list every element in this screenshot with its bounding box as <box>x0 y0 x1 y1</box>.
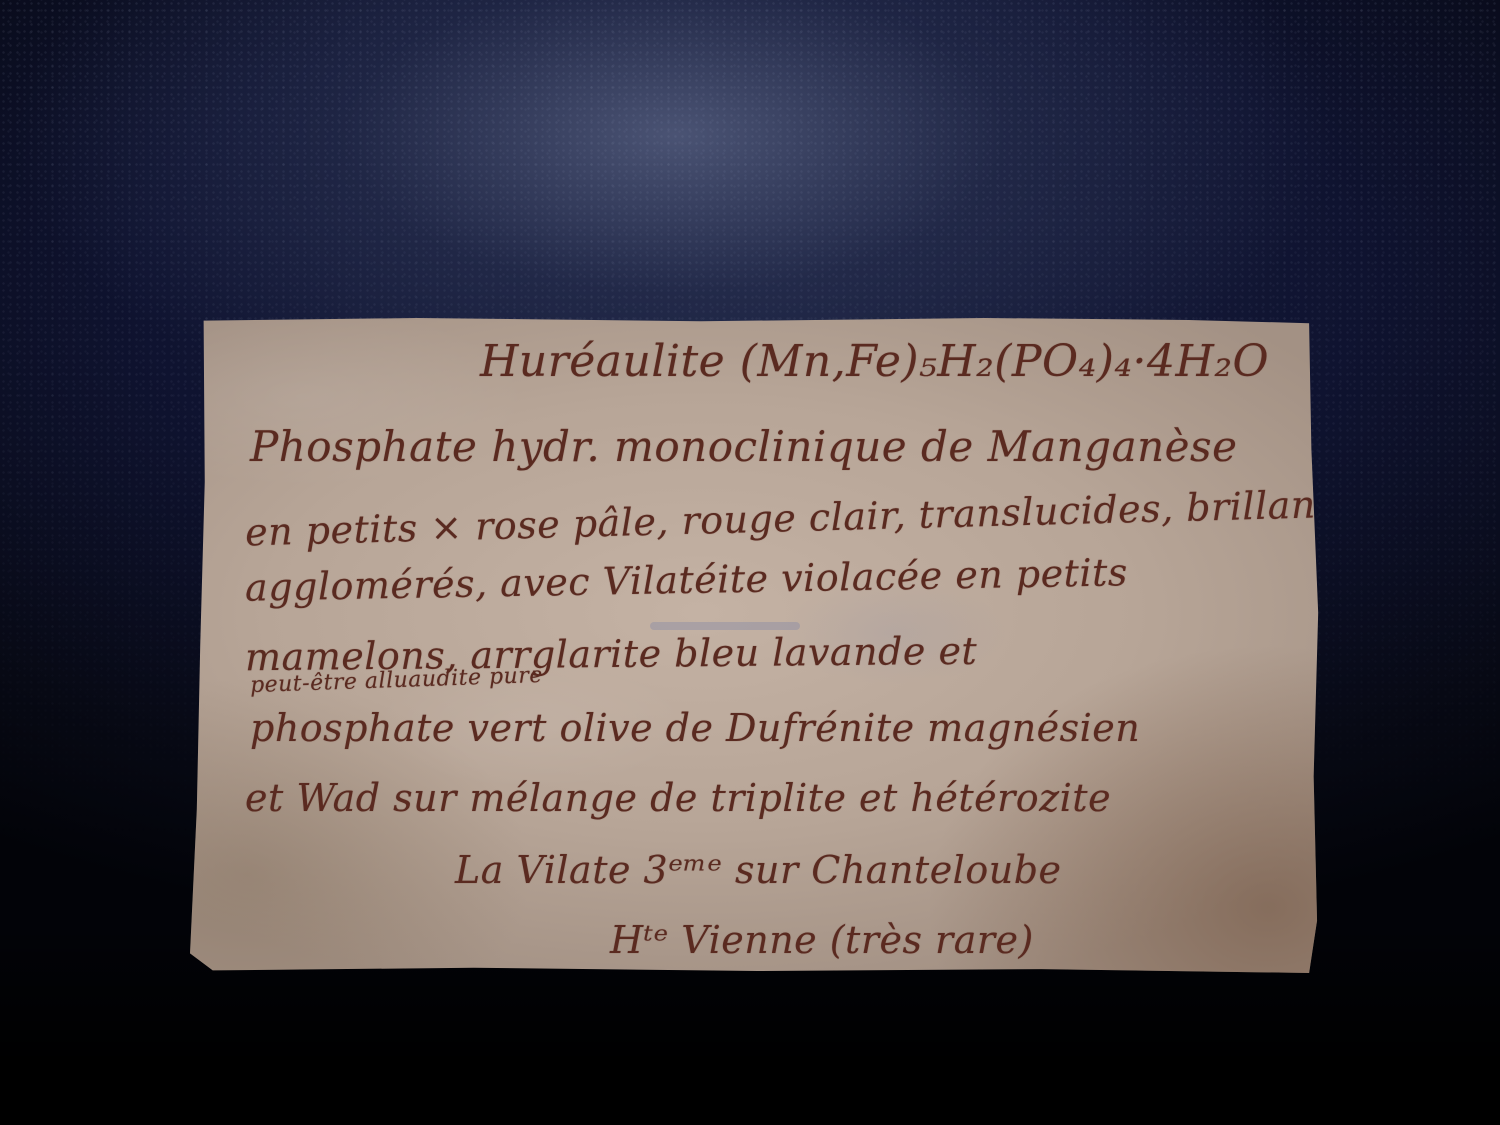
label-line-5: phosphate vert olive de Dufrénite magnés… <box>250 706 1140 750</box>
pencil-strike <box>650 622 800 630</box>
label-title: Huréaulite (Mn,Fe)₅H₂(PO₄)₄·4H₂O <box>480 336 1269 387</box>
label-line-2: en petits × rose pâle, rouge clair, tran… <box>245 482 1352 555</box>
label-line-1: Phosphate hydr. monoclinique de Manganès… <box>250 422 1237 471</box>
label-locality: La Vilate 3ᵉᵐᵉ sur Chanteloube <box>455 848 1062 892</box>
label-line-6: et Wad sur mélange de triplite et hétéro… <box>245 776 1111 820</box>
label-line-3: agglomérés, avec Vilatéite violacée en p… <box>245 550 1128 609</box>
label-region: Hᵗᵉ Vienne (très rare) <box>610 918 1034 962</box>
specimen-label: Huréaulite (Mn,Fe)₅H₂(PO₄)₄·4H₂O Phospha… <box>190 318 1325 973</box>
